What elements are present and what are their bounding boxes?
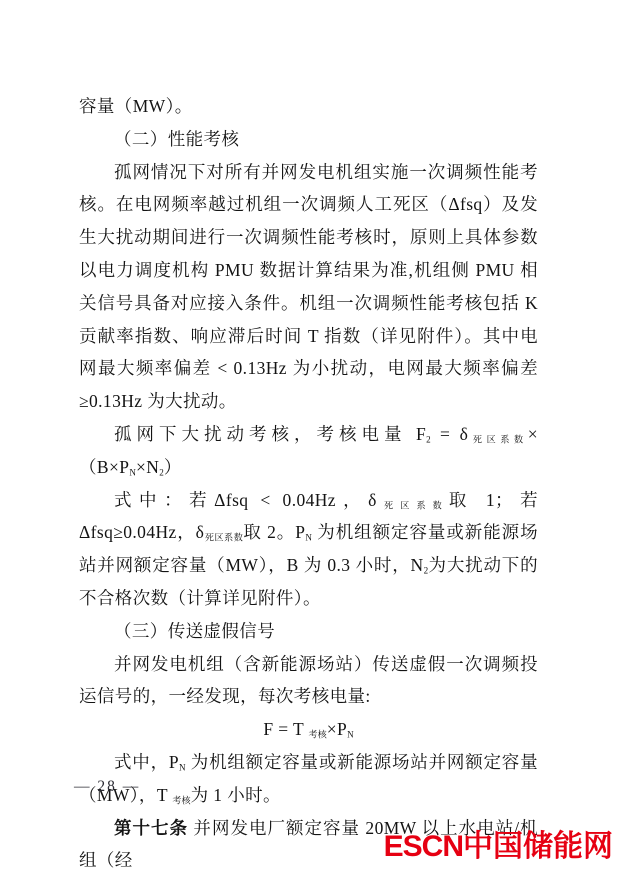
- text-run: ×N: [136, 457, 159, 477]
- text-run: F = T: [263, 719, 308, 739]
- escn-site-logo: ESCN中国储能网: [384, 830, 613, 864]
- paragraph-performance-assessment: 孤网情况下对所有并网发电机组实施一次调频性能考核。在电网频率越过机组一次调频人工…: [79, 156, 538, 418]
- text-run: 式中，P: [114, 752, 179, 772]
- paragraph-f2-formula: 孤网下大扰动考核，考核电量 F2 = δ死区系数×（B×PN×N2）: [79, 418, 538, 484]
- page-number: — 28 —: [74, 778, 140, 796]
- formula-f-centered: F = T 考核×PN: [79, 713, 538, 746]
- escn-logo-text: ESCN: [384, 830, 463, 863]
- paragraph-f2-explanation: 式中：若Δfsq < 0.04Hz，δ死区系数取 1；若Δfsq≥0.04Hz，…: [79, 484, 538, 615]
- article-number: 第十七条: [114, 818, 188, 838]
- subscript: N: [179, 762, 186, 772]
- text-run: ）: [164, 457, 182, 477]
- site-name-text: 中国储能网: [463, 830, 613, 863]
- subscript: 考核: [172, 795, 190, 805]
- paragraph-f-explanation: 式中，PN 为机组额定容量或新能源场站并网额定容量（MW），T 考核为 1 小时…: [79, 746, 538, 812]
- document-body: 容量（MW）。 （二）性能考核 孤网情况下对所有并网发电机组实施一次调频性能考核…: [79, 90, 538, 876]
- text-run: ×P: [327, 719, 347, 739]
- heading-section-3: （三）传送虚假信号: [79, 615, 538, 648]
- text-run: 孤网下大扰动考核，考核电量 F: [114, 424, 426, 444]
- subscript: 死区系数: [204, 533, 243, 543]
- text-run: 取 2。P: [243, 522, 305, 542]
- subscript: 死区系数: [377, 500, 449, 510]
- text-run: = δ: [431, 424, 469, 444]
- text-run: 为 1 小时。: [191, 785, 281, 805]
- paragraph-carryover: 容量（MW）。: [79, 90, 538, 123]
- subscript: N: [305, 533, 312, 543]
- paragraph-false-signal: 并网发电机组（含新能源场站）传送虚假一次调频投运信号的，一经发现，每次考核电量:: [79, 648, 538, 714]
- document-page: 容量（MW）。 （二）性能考核 孤网情况下对所有并网发电机组实施一次调频性能考核…: [0, 0, 620, 876]
- subscript: N: [347, 729, 354, 739]
- text-run: 式中：若Δfsq < 0.04Hz，δ: [114, 490, 377, 510]
- subscript: 死区系数: [468, 434, 527, 444]
- subscript: 考核: [309, 729, 327, 739]
- heading-section-2: （二）性能考核: [79, 123, 538, 156]
- subscript: N: [129, 467, 136, 477]
